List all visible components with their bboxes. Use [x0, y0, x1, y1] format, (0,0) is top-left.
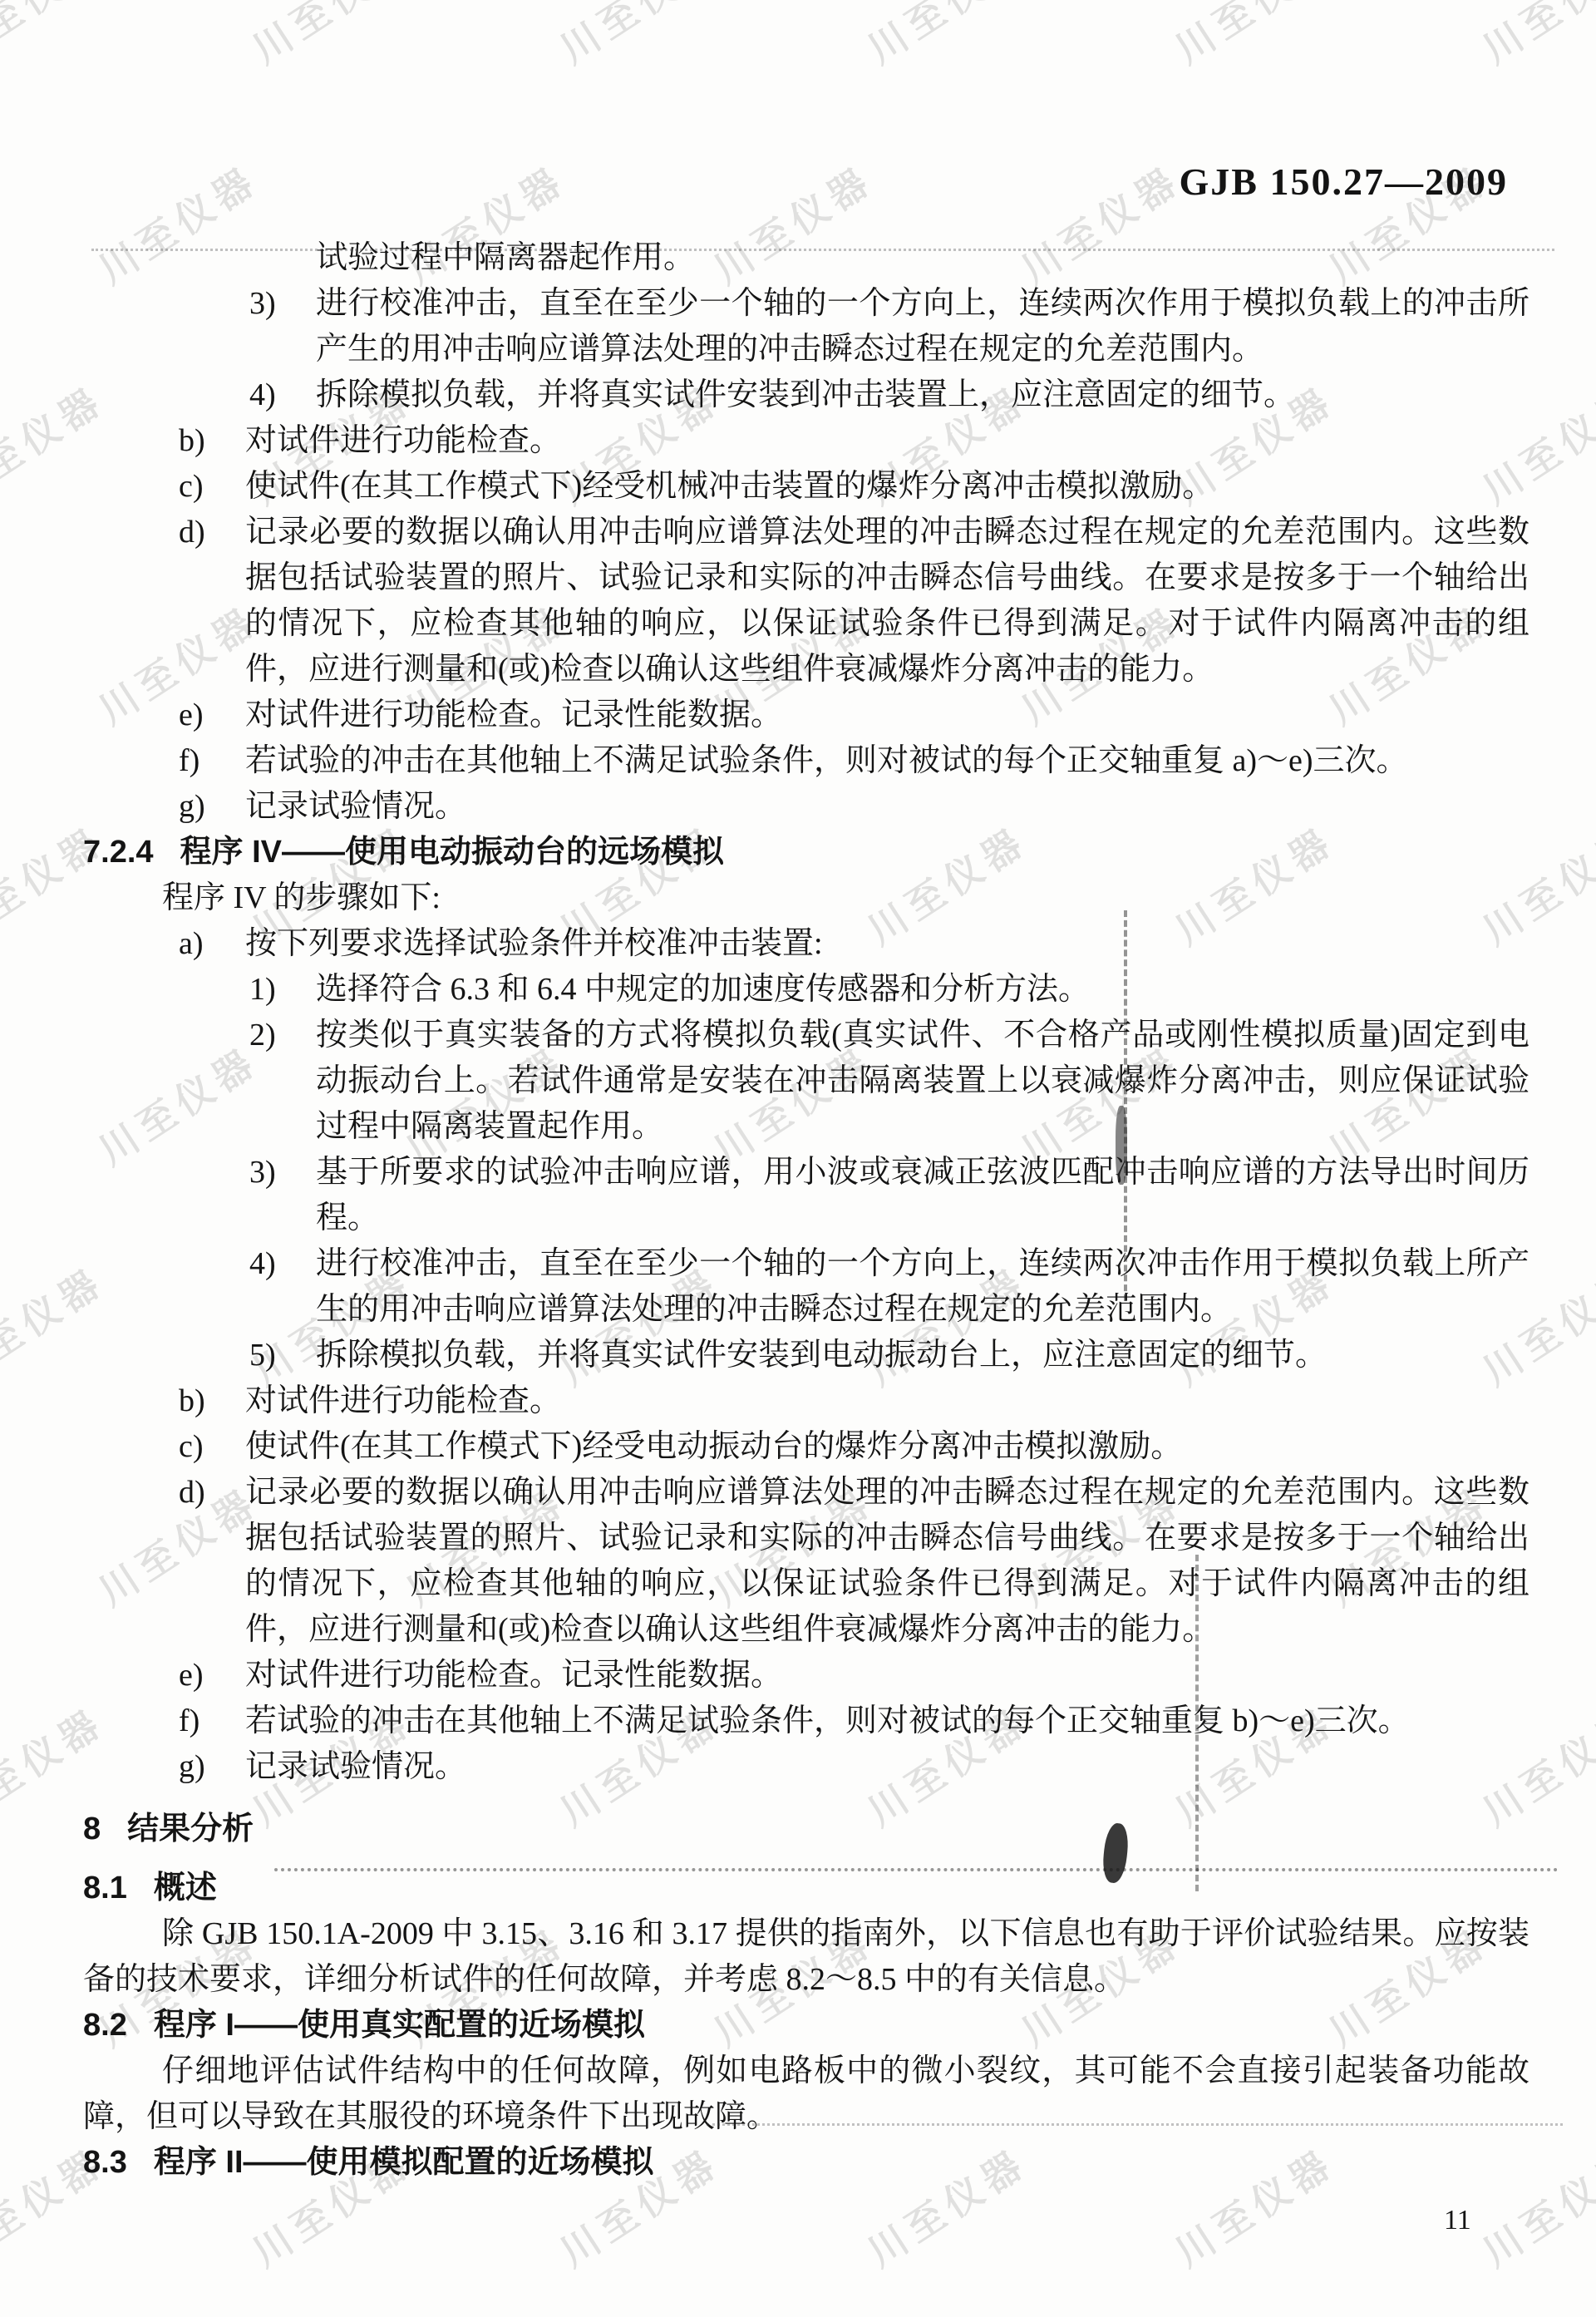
item-marker: c) — [179, 464, 204, 510]
line-text: 记录试验情况。 — [245, 1749, 466, 1784]
line-text: 程序 II——使用模拟配置的近场模拟 — [154, 2145, 654, 2180]
watermark-text: 川至仪器 — [1470, 0, 1596, 74]
line-text: 程序 I——使用真实配置的近场模拟 — [154, 2008, 645, 2043]
text-line: e)对试件进行功能检查。记录性能数据。 — [83, 693, 1529, 738]
item-marker: 3) — [249, 1150, 276, 1195]
text-line: e)对试件进行功能检查。记录性能数据。 — [83, 1653, 1529, 1698]
text-line: a)按下列要求选择试验条件并校准冲击装置: — [83, 921, 1529, 967]
item-marker: 5) — [249, 1333, 276, 1378]
item-marker: 8.2 — [83, 2008, 127, 2043]
item-marker: e) — [179, 693, 204, 738]
line-text: 若试验的冲击在其他轴上不满足试验条件，则对被试的每个正交轴重复 b)～e)三次。 — [245, 1703, 1410, 1738]
text-line: f)若试验的冲击在其他轴上不满足试验条件，则对被试的每个正交轴重复 a)～e)三… — [83, 738, 1529, 784]
section-heading: 7.2.4程序 IV——使用电动振动台的远场模拟 — [83, 830, 1529, 875]
line-text: 拆除模拟负载，并将真实试件安装到电动振动台上，应注意固定的细节。 — [316, 1338, 1327, 1373]
text-line: g)记录试验情况。 — [83, 784, 1529, 830]
text-line: 3)基于所要求的试验冲击响应谱，用小波或衰减正弦波匹配冲击响应谱的方法导出时间历… — [83, 1150, 1529, 1241]
item-marker: 8.3 — [83, 2145, 127, 2180]
item-marker: f) — [179, 738, 199, 784]
line-text: 进行校准冲击，直至在至少一个轴的一个方向上，连续两次冲击作用于模拟负载上所产生的… — [316, 1246, 1529, 1327]
item-marker: d) — [179, 510, 205, 555]
line-text: 按类似于真实装备的方式将模拟负载(真实试件、不合格产品或刚性模拟质量)固定到电动… — [316, 1018, 1529, 1144]
line-text: 按下列要求选择试验条件并校准冲击装置: — [245, 926, 823, 961]
document-body: 试验过程中隔离器起作用。3)进行校准冲击，直至在至少一个轴的一个方向上，连续两次… — [83, 235, 1529, 2186]
text-line: 程序 IV 的步骤如下: — [83, 875, 1529, 921]
line-text: 概述 — [154, 1871, 217, 1905]
text-line: c)使试件(在其工作模式下)经受电动振动台的爆炸分离冲击模拟激励。 — [83, 1424, 1529, 1470]
item-marker: a) — [179, 921, 204, 967]
line-text: 记录必要的数据以确认用冲击响应谱算法处理的冲击瞬态过程在规定的允差范围内。这些数… — [245, 515, 1529, 687]
text-line: 5)拆除模拟负载，并将真实试件安装到电动振动台上，应注意固定的细节。 — [83, 1333, 1529, 1378]
item-marker: c) — [179, 1424, 204, 1470]
text-line: 仔细地评估试件结构中的任何故障，例如电路板中的微小裂纹，其可能不会直接引起装备功… — [83, 2048, 1529, 2140]
page-number: 11 — [1444, 2205, 1471, 2236]
line-text: 拆除模拟负载，并将真实试件安装到冲击装置上，应注意固定的细节。 — [316, 377, 1295, 412]
item-marker: 1) — [249, 967, 276, 1013]
section-heading: 8.1概述 — [83, 1866, 1529, 1911]
text-line: d)记录必要的数据以确认用冲击响应谱算法处理的冲击瞬态过程在规定的允差范围内。这… — [83, 510, 1529, 693]
section-heading: 8结果分析 — [83, 1807, 1529, 1852]
line-text: 结果分析 — [127, 1812, 254, 1846]
item-marker: 2) — [249, 1013, 276, 1058]
line-text: 对试件进行功能检查。记录性能数据。 — [245, 1658, 782, 1693]
item-marker: 3) — [249, 281, 276, 327]
item-marker: b) — [179, 1378, 205, 1424]
text-line: f)若试验的冲击在其他轴上不满足试验条件，则对被试的每个正交轴重复 b)～e)三… — [83, 1698, 1529, 1744]
text-line: 4)进行校准冲击，直至在至少一个轴的一个方向上，连续两次冲击作用于模拟负载上所产… — [83, 1241, 1529, 1333]
text-line: b)对试件进行功能检查。 — [83, 1378, 1529, 1424]
line-text: 程序 IV——使用电动振动台的远场模拟 — [180, 835, 724, 870]
watermark-text: 川至仪器 — [1163, 0, 1343, 74]
text-line: 4)拆除模拟负载，并将真实试件安装到冲击装置上，应注意固定的细节。 — [83, 372, 1529, 418]
line-text: 选择符合 6.3 和 6.4 中规定的加速度传感器和分析方法。 — [316, 972, 1090, 1007]
section-heading: 8.3程序 II——使用模拟配置的近场模拟 — [83, 2140, 1529, 2186]
item-marker: 4) — [249, 1241, 276, 1287]
line-text: 仔细地评估试件结构中的任何故障，例如电路板中的微小裂纹，其可能不会直接引起装备功… — [83, 2053, 1529, 2134]
line-text: 进行校准冲击，直至在至少一个轴的一个方向上，连续两次作用于模拟负载上的冲击所产生… — [316, 286, 1529, 367]
text-line: 2)按类似于真实装备的方式将模拟负载(真实试件、不合格产品或刚性模拟质量)固定到… — [83, 1013, 1529, 1150]
item-marker: 8.1 — [83, 1871, 127, 1905]
text-line: g)记录试验情况。 — [83, 1744, 1529, 1790]
item-marker: d) — [179, 1470, 205, 1516]
line-text: 对试件进行功能检查。 — [245, 423, 561, 458]
item-marker: g) — [179, 784, 205, 830]
item-marker: g) — [179, 1744, 205, 1790]
text-line: 试验过程中隔离器起作用。 — [83, 235, 1529, 281]
item-marker: 7.2.4 — [83, 835, 154, 870]
text-line: 1)选择符合 6.3 和 6.4 中规定的加速度传感器和分析方法。 — [83, 967, 1529, 1013]
text-line: b)对试件进行功能检查。 — [83, 418, 1529, 464]
line-text: 基于所要求的试验冲击响应谱，用小波或衰减正弦波匹配冲击响应谱的方法导出时间历程。 — [316, 1155, 1529, 1235]
doc-number: GJB 150.27—2009 — [1180, 160, 1508, 204]
line-text: 除 GJB 150.1A-2009 中 3.15、3.16 和 3.17 提供的… — [83, 1916, 1529, 1997]
line-text: 使试件(在其工作模式下)经受电动振动台的爆炸分离冲击模拟激励。 — [245, 1429, 1182, 1464]
text-line: c)使试件(在其工作模式下)经受机械冲击装置的爆炸分离冲击模拟激励。 — [83, 464, 1529, 510]
text-line: 3)进行校准冲击，直至在至少一个轴的一个方向上，连续两次作用于模拟负载上的冲击所… — [83, 281, 1529, 372]
line-text: 使试件(在其工作模式下)经受机械冲击装置的爆炸分离冲击模拟激励。 — [245, 469, 1214, 504]
line-text: 记录必要的数据以确认用冲击响应谱算法处理的冲击瞬态过程在规定的允差范围内。这些数… — [245, 1475, 1529, 1647]
item-marker: 4) — [249, 372, 276, 418]
watermark-text: 川至仪器 — [240, 0, 421, 74]
text-line: d)记录必要的数据以确认用冲击响应谱算法处理的冲击瞬态过程在规定的允差范围内。这… — [83, 1470, 1529, 1653]
document-page: 川至仪器川至仪器川至仪器川至仪器川至仪器川至仪器川至仪器川至仪器川至仪器川至仪器… — [0, 0, 1596, 2317]
item-marker: f) — [179, 1698, 199, 1744]
line-text: 记录试验情况。 — [245, 789, 466, 824]
watermark-text: 川至仪器 — [0, 0, 114, 74]
watermark-text: 川至仪器 — [548, 0, 728, 74]
section-heading: 8.2程序 I——使用真实配置的近场模拟 — [83, 2003, 1529, 2048]
watermark-text: 川至仪器 — [855, 0, 1036, 74]
text-line: 除 GJB 150.1A-2009 中 3.15、3.16 和 3.17 提供的… — [83, 1911, 1529, 2003]
line-text: 程序 IV 的步骤如下: — [162, 880, 441, 915]
line-text: 对试件进行功能检查。记录性能数据。 — [245, 698, 782, 732]
line-text: 若试验的冲击在其他轴上不满足试验条件，则对被试的每个正交轴重复 a)～e)三次。 — [245, 743, 1408, 778]
line-text: 对试件进行功能检查。 — [245, 1383, 561, 1418]
line-text: 试验过程中隔离器起作用。 — [316, 240, 695, 275]
item-marker: 8 — [83, 1812, 101, 1846]
item-marker: e) — [179, 1653, 204, 1698]
item-marker: b) — [179, 418, 205, 464]
